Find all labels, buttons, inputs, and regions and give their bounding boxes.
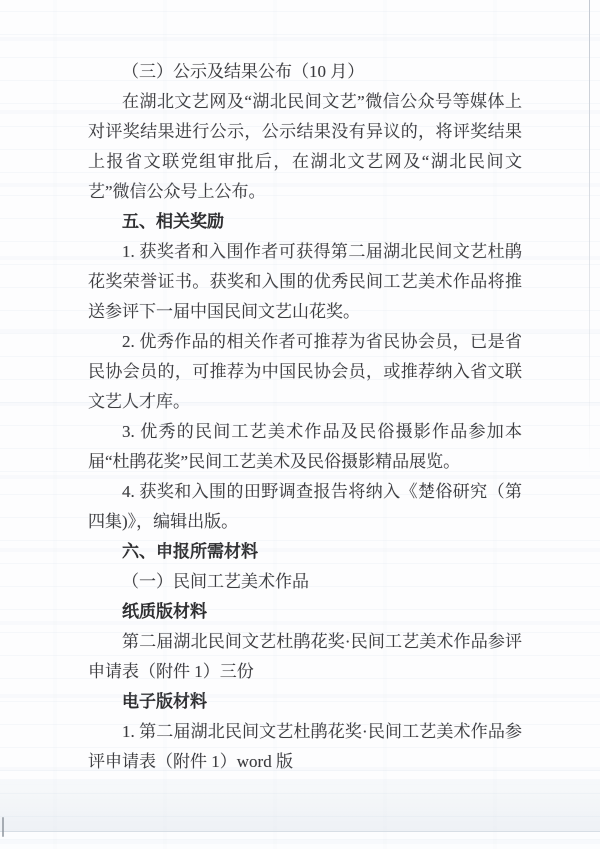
heading-electronic-materials: 电子版材料	[88, 687, 522, 717]
para-electronic-application-form: 1. 第二届湖北民间文艺杜鹃花奖·民间工艺美术作品参评申请表（附件 1）word…	[88, 717, 522, 777]
para-publicity-process: 在湖北文艺网及“湖北民间文艺”微信公众号等媒体上对评奖结果进行公示，公示结果没有…	[88, 87, 522, 207]
document-body: （三）公示及结果公布（10 月） 在湖北文艺网及“湖北民间文艺”微信公众号等媒体…	[88, 57, 522, 777]
para-field-report-publication: 4. 获奖和入围的田野调查报告将纳入《楚俗研究（第四集)》，编辑出版。	[88, 477, 522, 537]
heading-application-materials: 六、申报所需材料	[88, 537, 522, 567]
heading-paper-materials: 纸质版材料	[88, 597, 522, 627]
subheading-folk-craft-works: （一）民间工艺美术作品	[88, 567, 522, 597]
heading-publicity-and-results: （三）公示及结果公布（10 月）	[88, 57, 522, 87]
para-exhibition-participation: 3. 优秀的民间工艺美术作品及民俗摄影作品参加本届“杜鹃花奖”民间工艺美术及民俗…	[88, 417, 522, 477]
para-award-certificate: 1. 获奖者和入围作者可获得第二届湖北民间文艺杜鹃花奖荣誉证书。获奖和入围的优秀…	[88, 237, 522, 327]
para-membership-recommendation: 2. 优秀作品的相关作者可推荐为省民协会员，已是省民协会员的，可推荐为中国民协会…	[88, 327, 522, 417]
page-right-edge-line	[589, 0, 590, 470]
scan-left-edge-mark	[2, 817, 4, 837]
heading-related-awards: 五、相关奖励	[88, 207, 522, 237]
scanned-document-page: （三）公示及结果公布（10 月） 在湖北文艺网及“湖北民间文艺”微信公众号等媒体…	[0, 0, 600, 849]
para-paper-application-form: 第二届湖北民间文艺杜鹃花奖·民间工艺美术作品参评申请表（附件 1）三份	[88, 627, 522, 687]
scanner-bottom-band	[0, 779, 600, 832]
scanner-below-band	[0, 833, 600, 849]
